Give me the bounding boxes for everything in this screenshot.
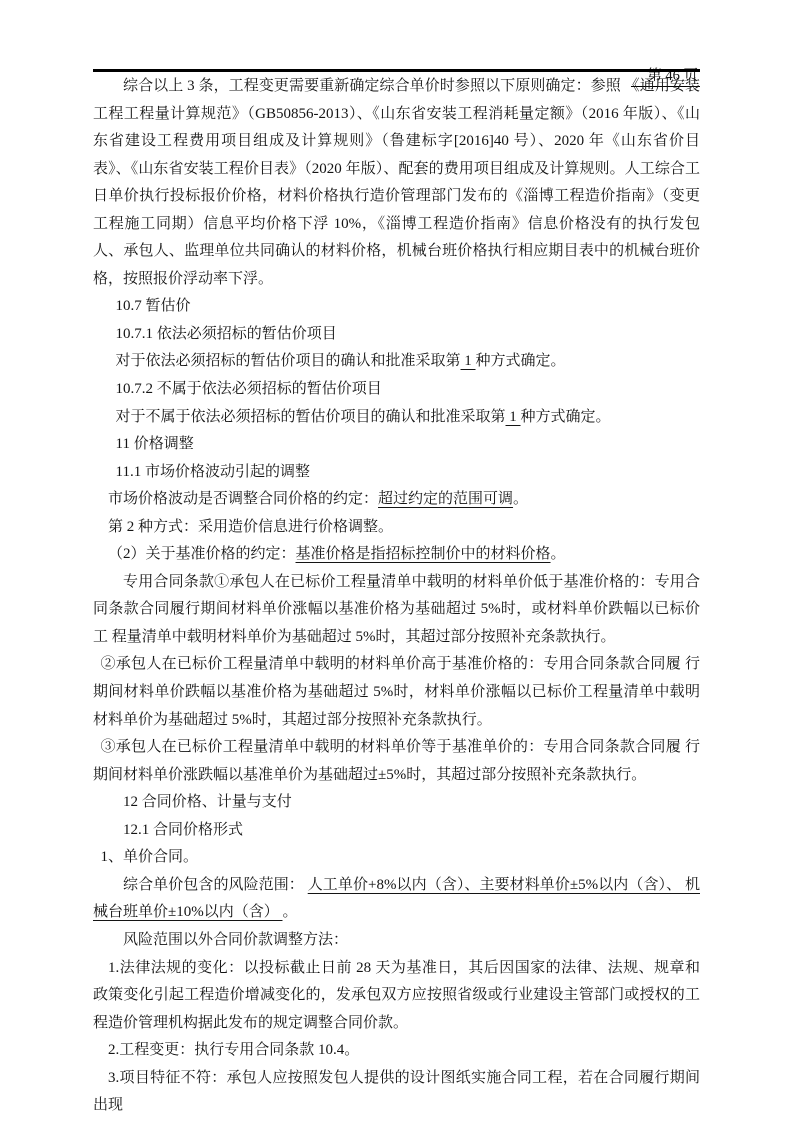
text-run: 2.工程变更：执行专用合同条款 10.4。 xyxy=(108,1042,359,1058)
underlined-text-run: 1 xyxy=(506,409,521,425)
header-rule xyxy=(93,69,700,72)
text-run: 第 2 种方式：采用造价信息进行价格调整。 xyxy=(108,519,393,535)
text-run: 12 合同价格、计量与支付 xyxy=(123,794,292,810)
text-run: 风险范围以外合同价款调整方法： xyxy=(123,932,348,948)
text-run: （2）关于基准价格的约定： xyxy=(108,546,296,562)
paragraph: 10.7.2 不属于依法必须招标的暂估价项目 xyxy=(93,376,700,404)
text-run: ②承包人在已标价工程量清单中载明的材料单价高于基准价格的：专用合同条款合同履 行… xyxy=(93,656,700,727)
text-run: 。 xyxy=(513,491,528,507)
paragraph: 风险范围以外合同价款调整方法： xyxy=(93,927,700,955)
paragraph: 对于不属于依法必须招标的暂估价项目的确认和批准采取第 1 种方式确定。 xyxy=(93,404,700,432)
text-run: 种方式确定。 xyxy=(521,409,611,425)
text-run: 3.项目特征不符：承包人应按照发包人提供的设计图纸实施合同工程，若在合同履行期间… xyxy=(93,1070,700,1114)
paragraph: 11.1 市场价格波动引起的调整 xyxy=(93,459,700,487)
paragraph: 2.工程变更：执行专用合同条款 10.4。 xyxy=(93,1037,700,1065)
paragraph: 市场价格波动是否调整合同价格的约定：超过约定的范围可调。 xyxy=(93,486,700,514)
text-run: 10.7.2 不属于依法必须招标的暂估价项目 xyxy=(116,381,382,397)
text-run: 10.7 暂估价 xyxy=(116,298,191,314)
paragraph: （2）关于基准价格的约定：基准价格是指招标控制价中的材料价格。 xyxy=(93,541,700,569)
text-run: 11 价格调整 xyxy=(116,436,194,452)
text-run: 1.法律法规的变化：以投标截止日前 28 天为基准日，其后因国家的法律、法规、规… xyxy=(93,960,700,1031)
text-run: 。 xyxy=(282,904,297,920)
text-run: 种方式确定。 xyxy=(476,353,566,369)
text-run: 11.1 市场价格波动引起的调整 xyxy=(116,464,310,480)
paragraph: 11 价格调整 xyxy=(93,431,700,459)
paragraph: 综合以上 3 条，工程变更需要重新确定综合单价时参照以下原则确定：参照 《通用安… xyxy=(93,73,700,293)
text-run: 。 xyxy=(551,546,566,562)
text-run: ③承包人在已标价工程量清单中载明的材料单价等于基准单价的：专用合同条款合同履 行… xyxy=(93,739,700,783)
paragraph: 12 合同价格、计量与支付 xyxy=(93,789,700,817)
paragraph: 综合单价包含的风险范围： 人工单价+8%以内（含）、主要材料单价±5%以内（含）… xyxy=(93,872,700,927)
paragraph: 3.项目特征不符：承包人应按照发包人提供的设计图纸实施合同工程，若在合同履行期间… xyxy=(93,1065,700,1120)
text-run: 综合以上 3 条，工程变更需要重新确定综合单价时参照以下原则确定：参照 《通用安… xyxy=(93,78,700,287)
paragraph: 10.7.1 依法必须招标的暂估价项目 xyxy=(93,321,700,349)
text-run: 10.7.1 依法必须招标的暂估价项目 xyxy=(116,326,337,342)
document-page: 第 46 页 综合以上 3 条，工程变更需要重新确定综合单价时参照以下原则确定：… xyxy=(0,0,793,1122)
text-run: 专用合同条款①承包人在已标价工程量清单中载明的材料单价低于基准价格的：专用合 同… xyxy=(93,574,700,645)
paragraph: 12.1 合同价格形式 xyxy=(93,817,700,845)
paragraph: 专用合同条款①承包人在已标价工程量清单中载明的材料单价低于基准价格的：专用合 同… xyxy=(93,569,700,652)
text-run: 12.1 合同价格形式 xyxy=(123,822,243,838)
paragraph: 10.7 暂估价 xyxy=(93,293,700,321)
paragraph: 对于依法必须招标的暂估价项目的确认和批准采取第 1 种方式确定。 xyxy=(93,348,700,376)
underlined-text-run: 1 xyxy=(461,353,476,369)
underlined-text-run: 基准价格是指招标控制价中的材料价格 xyxy=(296,546,551,562)
text-run: 1、单价合同。 xyxy=(101,849,199,865)
text-run: 综合单价包含的风险范围： xyxy=(123,877,308,893)
paragraph: ③承包人在已标价工程量清单中载明的材料单价等于基准单价的：专用合同条款合同履 行… xyxy=(93,734,700,789)
paragraph: ②承包人在已标价工程量清单中载明的材料单价高于基准价格的：专用合同条款合同履 行… xyxy=(93,651,700,734)
paragraph: 第 2 种方式：采用造价信息进行价格调整。 xyxy=(93,514,700,542)
underlined-text-run: 超过约定的范围可调 xyxy=(378,491,513,507)
paragraph: 1.法律法规的变化：以投标截止日前 28 天为基准日，其后因国家的法律、法规、规… xyxy=(93,955,700,1038)
document-body: 综合以上 3 条，工程变更需要重新确定综合单价时参照以下原则确定：参照 《通用安… xyxy=(93,73,700,1120)
text-run: 对于不属于依法必须招标的暂估价项目的确认和批准采取第 xyxy=(116,409,506,425)
text-run: 市场价格波动是否调整合同价格的约定： xyxy=(108,491,378,507)
paragraph: 1、单价合同。 xyxy=(93,844,700,872)
text-run: 对于依法必须招标的暂估价项目的确认和批准采取第 xyxy=(116,353,461,369)
